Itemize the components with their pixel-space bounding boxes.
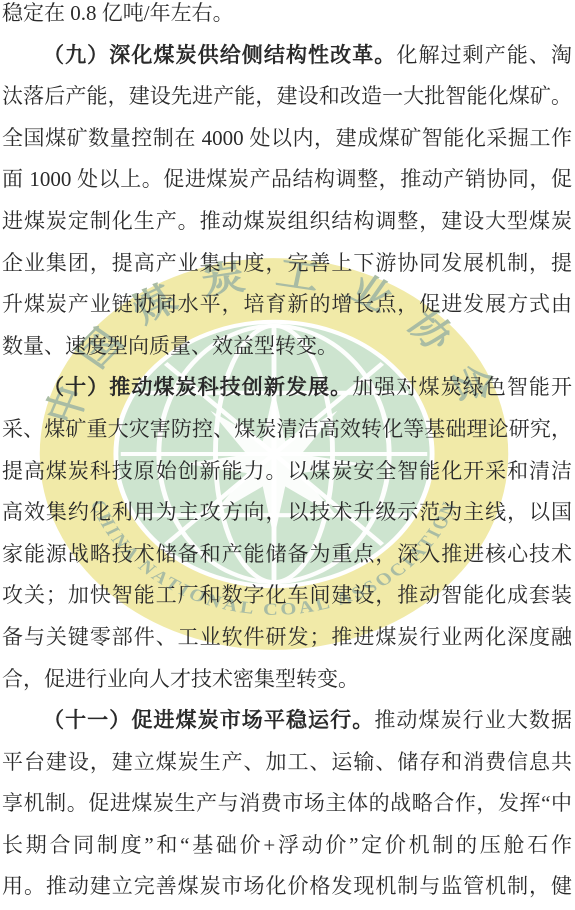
paragraph-text: 享机制。促进煤炭生产与消费市场主体的战略合作，发挥“中 bbox=[2, 791, 572, 815]
paragraph-text: 备与关键零部件、工业软件研发；推进煤炭行业两化深度融 bbox=[2, 625, 572, 649]
text-line: 攻关；加快智能工厂和数字化车间建设，推动智能化成套装 bbox=[2, 575, 572, 617]
paragraph-text: 高效集约化利用为主攻方向，以技术升级示范为主线，以国 bbox=[2, 500, 572, 524]
text-line: 升煤炭产业链协同水平，培育新的增长点，促进发展方式由 bbox=[2, 284, 572, 326]
text-line: 备与关键零部件、工业软件研发；推进煤炭行业两化深度融 bbox=[2, 617, 572, 659]
paragraph-text: 数量、速度型向质量、效益型转变。 bbox=[2, 334, 338, 358]
paragraph-text: 面 1000 处以上。促进煤炭产品结构调整，推动产销协同，促 bbox=[2, 167, 572, 191]
text-line: （十）推动煤炭科技创新发展。加强对煤炭绿色智能开 bbox=[2, 367, 572, 409]
paragraph-text: 稳定在 0.8 亿吨/年左右。 bbox=[2, 1, 234, 25]
text-line: 高效集约化利用为主攻方向，以技术升级示范为主线，以国 bbox=[2, 492, 572, 534]
paragraph-text: 家能源战略技术储备和产能储备为重点，深入推进核心技术 bbox=[2, 542, 572, 566]
paragraph-text: 采、煤矿重大灾害防控、煤炭清洁高效转化等基础理论研究， bbox=[2, 417, 572, 441]
text-line: 全国煤矿数量控制在 4000 处以内，建成煤矿智能化采掘工作 bbox=[2, 118, 572, 160]
text-line: 享机制。促进煤炭生产与消费市场主体的战略合作，发挥“中 bbox=[2, 783, 572, 825]
paragraph-heading: （九）深化煤炭供给侧结构性改革。 bbox=[43, 43, 396, 67]
text-line: 稳定在 0.8 亿吨/年左右。 bbox=[2, 0, 572, 35]
paragraph-text: 合，促进行业向人才技术密集型转变。 bbox=[2, 667, 359, 691]
text-line: （九）深化煤炭供给侧结构性改革。化解过剩产能、淘 bbox=[2, 35, 572, 77]
text-line: 企业集团，提高产业集中度，完善上下游协同发展机制，提 bbox=[2, 243, 572, 285]
text-line: 面 1000 处以上。促进煤炭产品结构调整，推动产销协同，促 bbox=[2, 159, 572, 201]
text-line: 数量、速度型向质量、效益型转变。 bbox=[2, 326, 572, 368]
text-line: 合，促进行业向人才技术密集型转变。 bbox=[2, 659, 572, 701]
text-line: 汰落后产能，建设先进产能，建设和改造一大批智能化煤矿。 bbox=[2, 76, 572, 118]
paragraph-text: 升煤炭产业链协同水平，培育新的增长点，促进发展方式由 bbox=[2, 292, 572, 316]
paragraph-text: 提高煤炭科技原始创新能力。以煤炭安全智能化开采和清洁 bbox=[2, 459, 572, 483]
paragraph-text: 用。推动建立完善煤炭市场化价格发现机制与监管机制，健 bbox=[2, 874, 572, 898]
paragraph-text: 攻关；加快智能工厂和数字化车间建设，推动智能化成套装 bbox=[2, 583, 572, 607]
text-line: 家能源战略技术储备和产能储备为重点，深入推进核心技术 bbox=[2, 534, 572, 576]
text-line: 用。推动建立完善煤炭市场化价格发现机制与监管机制，健 bbox=[2, 866, 572, 908]
text-line: 采、煤矿重大灾害防控、煤炭清洁高效转化等基础理论研究， bbox=[2, 409, 572, 451]
text-line: 平台建设，建立煤炭生产、加工、运输、储存和消费信息共 bbox=[2, 742, 572, 784]
paragraph-text: 推动煤炭行业大数据 bbox=[374, 708, 572, 732]
paragraph-text: 企业集团，提高产业集中度，完善上下游协同发展机制，提 bbox=[2, 251, 572, 275]
paragraph-text: 加强对煤炭绿色智能开 bbox=[352, 375, 572, 399]
text-line: 进煤炭定制化生产。推动煤炭组织结构调整，建设大型煤炭 bbox=[2, 201, 572, 243]
text-line: 长期合同制度”和“基础价+浮动价”定价机制的压舱石作 bbox=[2, 825, 572, 867]
paragraph-text: 化解过剩产能、淘 bbox=[396, 43, 572, 67]
document-page: 中国煤炭工业协会 CHINA NATIONAL COAL ASSOCIATION… bbox=[0, 0, 575, 910]
document-text: 稳定在 0.8 亿吨/年左右。（九）深化煤炭供给侧结构性改革。化解过剩产能、淘汰… bbox=[2, 0, 572, 908]
text-line: （十一）促进煤炭市场平稳运行。推动煤炭行业大数据 bbox=[2, 700, 572, 742]
paragraph-text: 全国煤矿数量控制在 4000 处以内，建成煤矿智能化采掘工作 bbox=[2, 126, 572, 150]
paragraph-text: 长期合同制度”和“基础价+浮动价”定价机制的压舱石作 bbox=[2, 833, 572, 857]
paragraph-text: 汰落后产能，建设先进产能，建设和改造一大批智能化煤矿。 bbox=[2, 84, 572, 108]
paragraph-text: 进煤炭定制化生产。推动煤炭组织结构调整，建设大型煤炭 bbox=[2, 209, 572, 233]
paragraph-heading: （十）推动煤炭科技创新发展。 bbox=[43, 375, 352, 399]
paragraph-heading: （十一）促进煤炭市场平稳运行。 bbox=[43, 708, 374, 732]
text-line: 提高煤炭科技原始创新能力。以煤炭安全智能化开采和清洁 bbox=[2, 451, 572, 493]
paragraph-text: 平台建设，建立煤炭生产、加工、运输、储存和消费信息共 bbox=[2, 750, 572, 774]
